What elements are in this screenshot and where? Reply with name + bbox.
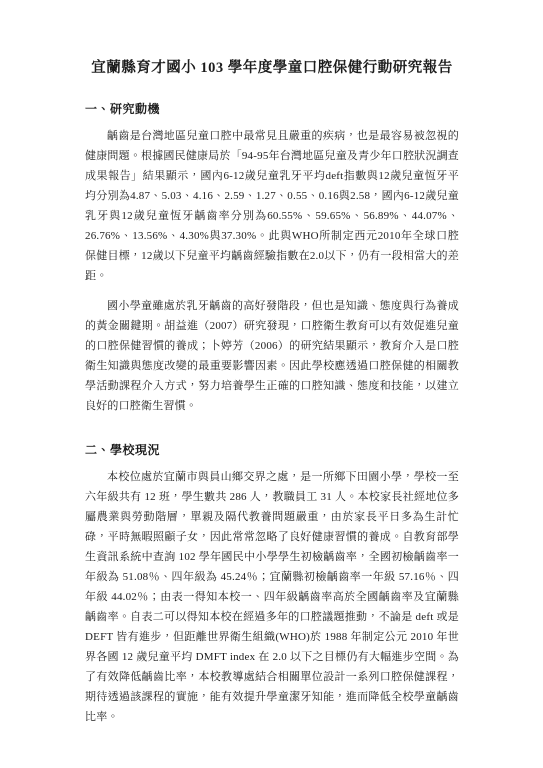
body-paragraph: 齲齒是台灣地區兒童口腔中最常見且嚴重的疾病，也是最容易被忽視的健康問題。根據國民…: [85, 126, 459, 286]
body-paragraph: 國小學童雖處於乳牙齲齒的高好發階段，但也是知識、態度與行為養成的黃金關鍵期。胡益…: [85, 296, 459, 416]
body-paragraph: 本校位處於宜蘭市與員山鄉交界之處，是一所鄉下田園小學，學校一至六年級共有 12 …: [85, 467, 459, 727]
document-title: 宜蘭縣育才國小 103 學年度學童口腔保健行動研究報告: [85, 57, 459, 79]
section-research-motivation: 一、研究動機 齲齒是台灣地區兒童口腔中最常見且嚴重的疾病，也是最容易被忽視的健康…: [85, 101, 459, 416]
section-heading-research-motivation: 一、研究動機: [85, 101, 459, 117]
section-heading-school-status: 二、學校現況: [85, 442, 459, 458]
document-page: 宜蘭縣育才國小 103 學年度學童口腔保健行動研究報告 一、研究動機 齲齒是台灣…: [0, 0, 543, 768]
section-school-status: 二、學校現況 本校位處於宜蘭市與員山鄉交界之處，是一所鄉下田園小學，學校一至六年…: [85, 442, 459, 727]
